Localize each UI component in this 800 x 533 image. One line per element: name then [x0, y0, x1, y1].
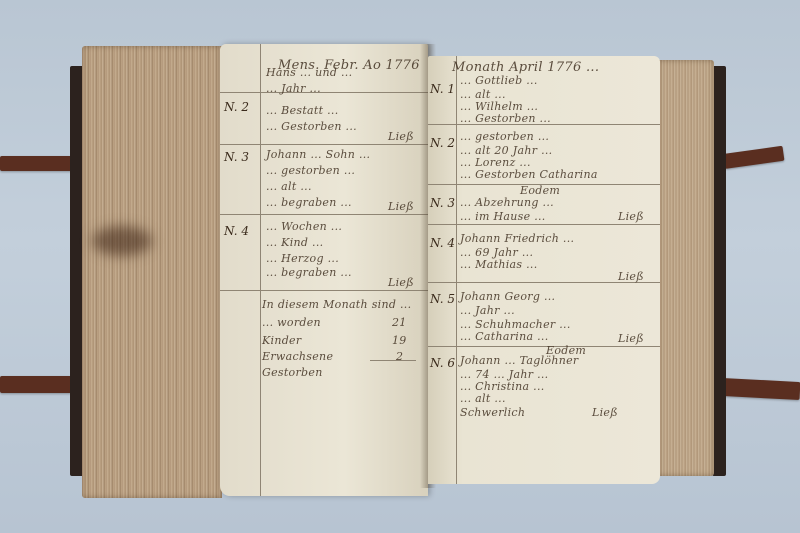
- entry-closing: Ließ: [388, 276, 414, 289]
- entry-line: ... Jahr ...: [266, 82, 321, 95]
- row-divider: [220, 92, 428, 93]
- entry-line: ... alt ...: [460, 392, 506, 405]
- page-header: Monath April 1776 ...: [452, 60, 599, 75]
- summary-value: 2: [396, 350, 403, 363]
- entry-line: ... alt ...: [266, 180, 312, 193]
- entry-line: ... begraben ...: [266, 266, 352, 279]
- entry-line: ... Gestorben Catharina: [460, 168, 598, 181]
- entry-line: ... Kind ...: [266, 236, 323, 249]
- entry-number: N. 2: [224, 100, 249, 114]
- row-divider: [220, 214, 428, 215]
- right-page: Monath April 1776 ... N. 1 ... Gottlieb …: [428, 56, 660, 484]
- summary-line: Gestorben: [262, 366, 323, 379]
- entry-line: Johann ... Sohn ...: [266, 148, 370, 161]
- entry-line: ... Gestorben ...: [460, 112, 551, 125]
- book-cover-right: [712, 66, 726, 476]
- entry-number: N. 2: [430, 136, 455, 150]
- entry-line: Schwerlich: [460, 406, 525, 419]
- margin-rule: [456, 56, 457, 484]
- entry-number: N. 4: [224, 224, 249, 238]
- entry-line: ... Herzog ...: [266, 252, 339, 265]
- entry-number: N. 3: [224, 150, 249, 164]
- entry-closing: Ließ: [592, 406, 618, 419]
- entry-number: N. 1: [430, 82, 455, 96]
- entry-line: ... Jahr ...: [460, 304, 515, 317]
- row-divider: [428, 224, 660, 225]
- entry-line: ... Abzehrung ...: [460, 196, 554, 209]
- entry-line: ... gestorben ...: [266, 164, 355, 177]
- entry-line: ... Mathias ...: [460, 258, 538, 271]
- strap-right-top: [723, 146, 785, 169]
- page-block-right: [658, 60, 714, 476]
- entry-line: ... Gestorben ...: [266, 120, 357, 133]
- sum-rule: [370, 360, 416, 361]
- strap-left-top: [0, 156, 74, 171]
- summary-value: 21: [392, 316, 407, 329]
- entry-line: ... gestorben ...: [460, 130, 549, 143]
- summary-line: Kinder: [262, 334, 301, 347]
- page-block-left: [82, 46, 222, 498]
- entry-number: N. 4: [430, 236, 455, 250]
- entry-line: ... Wochen ...: [266, 220, 342, 233]
- entry-line: ... Bestatt ...: [266, 104, 339, 117]
- row-divider: [428, 346, 660, 347]
- water-stain: [92, 226, 152, 256]
- entry-line: ... Catharina ...: [460, 330, 549, 343]
- row-divider: [220, 144, 428, 145]
- entry-closing: Ließ: [618, 210, 644, 223]
- entry-closing: Ließ: [618, 270, 644, 283]
- entry-line: ... Gottlieb ...: [460, 74, 538, 87]
- strap-right-bottom: [722, 378, 800, 400]
- summary-line: Erwachsene: [262, 350, 333, 363]
- entry-closing: Ließ: [618, 332, 644, 345]
- summary-line: ... worden: [262, 316, 321, 329]
- margin-rule: [260, 44, 261, 496]
- summary-value: 19: [392, 334, 407, 347]
- row-divider: [220, 290, 428, 291]
- entry-number: N. 5: [430, 292, 455, 306]
- entry-number: N. 6: [430, 356, 455, 370]
- entry-closing: Ließ: [388, 200, 414, 213]
- entry-closing: Ließ: [388, 130, 414, 143]
- strap-left-bottom: [0, 376, 74, 393]
- entry-line: Hans ... und ...: [266, 66, 352, 79]
- summary-line: In diesem Monath sind ...: [262, 298, 411, 311]
- entry-line: Johann ... Taglöhner: [460, 354, 579, 367]
- entry-line: ... begraben ...: [266, 196, 352, 209]
- left-page: Mens. Febr. Ao 1776 N. 2 Hans ... und ..…: [220, 44, 428, 496]
- entry-line: ... im Hause ...: [460, 210, 546, 223]
- entry-number: N. 3: [430, 196, 455, 210]
- entry-line: Johann Georg ...: [460, 290, 555, 303]
- entry-line: Johann Friedrich ...: [460, 232, 574, 245]
